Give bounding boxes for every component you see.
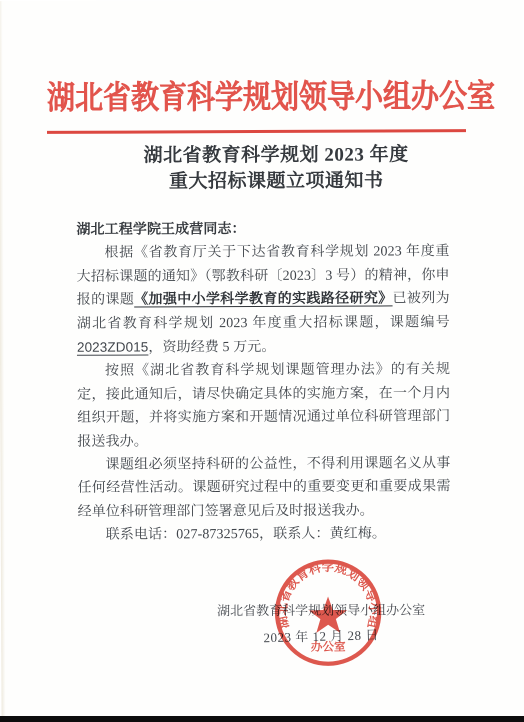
body-text: 按照《湖北省教育科学规划课题管理办法》的有关规定，接此通知后，请尽快确定具体的实… [77, 363, 450, 450]
paragraph: 根据《省教育厅关于下达省教育科学规划 2023 年度重大招标课题的通知》（鄂教科… [76, 241, 450, 361]
scan-edge-bottom [0, 716, 524, 722]
document-page: 湖北省教育科学规划领导小组办公室 湖北省教育科学规划 2023 年度 重大招标课… [0, 0, 524, 722]
star-icon [309, 596, 347, 633]
paragraph: 联系电话：027-87325765，联系人：黄红梅。 [78, 522, 451, 547]
document-subtitle: 湖北省教育科学规划 2023 年度 重大招标课题立项通知书 [14, 142, 524, 196]
official-seal-stamp: 湖北省教育科学规划领导小组 办公室 [270, 554, 387, 671]
letterhead-title: 湖北省教育科学规划领导小组办公室 [47, 71, 468, 119]
subtitle-line-1: 湖北省教育科学规划 2023 年度 [14, 142, 524, 170]
paragraph: 课题组必须坚持科研的公益性，不得利用课题名义从事任何经营性活动。课题研究过程中的… [77, 452, 450, 524]
emphasis-text: 2023ZD015 [77, 340, 149, 355]
body-text: ，资助经费 5 万元。 [148, 340, 275, 356]
emphasis-text: 《加强中小学科学教育的实践路径研究》 [134, 292, 392, 308]
subtitle-line-2: 重大招标课题立项通知书 [14, 168, 524, 196]
seal-graphic: 湖北省教育科学规划领导小组 办公室 [270, 554, 387, 671]
salutation: 湖北工程学院王成营同志： [76, 217, 449, 242]
paragraph: 按照《湖北省教育科学规划课题管理办法》的有关规定，接此通知后，请尽快确定具体的实… [77, 359, 450, 454]
seal-bottom-text: 办公室 [311, 640, 346, 654]
scan-edge-left [0, 1, 6, 722]
body-text: 联系电话：027-87325765，联系人：黄红梅。 [106, 527, 386, 543]
letterhead-rule [47, 129, 466, 133]
document-body: 湖北工程学院王成营同志： 根据《省教育厅关于下达省教育科学规划 2023 年度重… [76, 217, 450, 547]
body-text: 课题组必须坚持科研的公益性，不得利用课题名义从事任何经营性活动。课题研究过程中的… [78, 456, 451, 519]
